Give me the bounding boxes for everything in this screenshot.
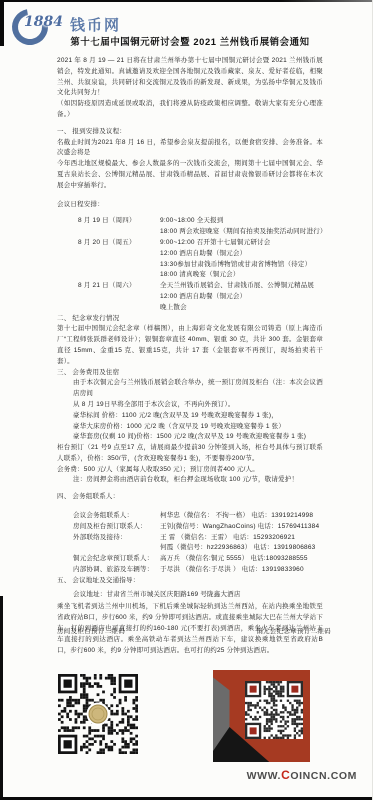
schedule-row: 8 月 19 日（周四） 9:00~18:00 全天报到 18:00 两会欢迎晚… — [57, 216, 323, 238]
section4-heading: 四、 会务组联系人： — [57, 492, 323, 503]
contact-role: 会议会务组联系人： — [57, 511, 160, 522]
schedule-date: 8 月 20 日（周五） — [57, 238, 160, 281]
contact-role: 外部联络及接待： — [57, 533, 160, 544]
contact-role: 房间及柜台预订联系人： — [57, 522, 160, 533]
schedule-item: 9:00~18:00 全天报到 — [160, 216, 323, 227]
medal-qr-pattern — [245, 681, 303, 739]
contact-info: 王钊(微信号：WangZhaoCoins) 电话：15769411384 — [160, 522, 323, 533]
schedule-item: 18:00 两会欢迎晚宴（期间有拍卖及抽奖活动同时进行） — [160, 227, 323, 238]
notice-body: 第十七届中国铜元研讨会暨 2021 兰州钱币展销会通知 2021 年 8 月 1… — [57, 36, 323, 656]
intro-paragraph: 2021 年 8 月 19 — 21 日将在甘肃兰州举办第十七届中国铜元研讨会暨… — [57, 56, 323, 99]
schedule-heading: 会议日程安排： — [57, 200, 323, 211]
schedule-item: 13:30参加甘肃钱币博物馆或甘肃省博物馆（待定） — [160, 260, 323, 271]
contact-info: 柯华忠（微信名： 不拘一格） 电话：13919214998 — [160, 511, 323, 522]
contact-row: 内部协调、旅游及车辆等： 于尽洪 （微信名:于尽洪 ） 电话：139198339… — [57, 565, 323, 576]
contact-info: 王 雷 （微信名：王雷） 电话：15293206921 — [160, 533, 323, 544]
section2-body: 第十七届中国铜元会纪念章（样稿图），由上海彩奇文化发展有限公司铸造（原上海造币厂… — [57, 324, 323, 367]
contact-role: 铜元会纪念章预订联系人： — [57, 554, 160, 565]
contact-info: 何霞（微信号：hz22936863） 电话：13919806863 — [160, 543, 323, 554]
section1-body1: 名截止时间为2021 年8 月 16 日，希望参会泉友提前报名，以便食宿安排、会… — [57, 138, 323, 160]
deposit-note: 注：房间押金将由酒店前台收取，柜台押金现场收取 100 元/节，敬请爱护！ — [73, 475, 323, 486]
logo-site-name: 钱币网 — [70, 14, 121, 35]
notice-title: 第十七届中国铜元研讨会暨 2021 兰州钱币展销会通知 — [57, 36, 323, 48]
url-prefix: WWW. — [247, 770, 281, 782]
section3-heading: 三、 会务费用及住宿 — [57, 368, 323, 379]
schedule-items: 9:00~18:00 全天报到 18:00 两会欢迎晚宴（期间有拍卖及抽奖活动同… — [160, 216, 323, 238]
conference-fee: 会务费：500 元/人（家属每人收取350 元）；预订房间者400 元/人。 — [57, 465, 323, 476]
schedule-table: 8 月 19 日（周四） 9:00~18:00 全天报到 18:00 两会欢迎晚… — [57, 216, 323, 313]
schedule-items: 9:00~12:00 召开第十七届铜元研讨会 12:00 酒店自助餐（铜元会） … — [160, 238, 323, 281]
qr-labels-row: 房间及柜台预订二维码 铜元会纪念章预订二维码 — [57, 626, 331, 635]
room-booking-qr-code — [58, 674, 138, 754]
intro-disclaimer: （如因防疫原因造成延误或取消，我们将遵从防疫政策相应调整。敬请大家有充分心理准备… — [57, 99, 323, 121]
schedule-date: 8 月 21 日（周六） — [57, 281, 160, 313]
conference-notice-page: 1884 钱币网 第十七届中国铜元研讨会暨 2021 兰州钱币展销会通知 202… — [0, 0, 373, 800]
venue-address: 会议地址：甘肃省兰州市城关区庆阳路169 号陇鑫大酒店 — [73, 590, 323, 601]
contact-info: 高万兵 （微信名:铜元 5555） 电话:18093288555 — [160, 554, 323, 565]
section1-heading: 一、 报到安排及议程： — [57, 127, 323, 138]
contact-role — [57, 543, 160, 554]
website-url: WWW.COINCN.COM — [247, 768, 357, 782]
photo-edge-artifact-top — [0, 0, 373, 2]
section3-line: 从 8 月 19日早将全部用于本次会议，不再向外预订）。 — [73, 400, 323, 411]
logo-number: 1884 — [24, 14, 63, 30]
schedule-item: 全天兰州钱币展销会、甘肃钱币展、公博铜元精品展 — [160, 281, 323, 292]
contact-row: 铜元会纪念章预订联系人： 高万兵 （微信名:铜元 5555） 电话:180932… — [57, 554, 323, 565]
photo-edge-artifact-left-bottom — [0, 596, 3, 800]
contact-info: 于尽洪 （微信名:于尽洪 ） 电话：13919833960 — [160, 565, 323, 576]
room-qr-label: 房间及柜台预订二维码 — [57, 626, 125, 635]
contact-list: 会议会务组联系人： 柯华忠（微信名： 不拘一格） 电话：13919214998 … — [57, 511, 323, 576]
url-rest: OINCN.COM — [290, 770, 357, 782]
section3-line: 由于本次铜元会与兰州钱币展销会联合举办，统一预订房间及柜台（注：本次会议酒店房间 — [73, 378, 323, 400]
section5-heading: 五、 会议地址及交通指导： — [57, 576, 323, 587]
schedule-item: 12:00 酒店自助餐（铜元会） — [160, 292, 323, 303]
schedule-row: 8 月 21 日（周六） 全天兰州钱币展销会、甘肃钱币展、公博铜元精品展 12:… — [57, 281, 323, 313]
contact-row: 外部联络及接待： 王 雷 （微信名：王雷） 电话：15293206921 — [57, 533, 323, 544]
counter-booking-info: 柜台预订（21 号9 点至17 点，请展商最少提前30 分钟签到入场，柜台号具体… — [57, 443, 323, 465]
schedule-item: 9:00~12:00 召开第十七届铜元研讨会 — [160, 238, 323, 249]
contact-row: 何霞（微信号：hz22936863） 电话：13919806863 — [57, 543, 323, 554]
photo-edge-artifact-left-top — [0, 0, 4, 46]
section2-heading: 二、 纪念章发行情况 — [57, 314, 323, 325]
room-price-suite: 豪华套房(仅剩 10 间)价格：1500 元/2 晚(含双早及 19 号晚欢迎晚… — [73, 432, 323, 443]
contact-role: 内部协调、旅游及车辆等： — [57, 565, 160, 576]
schedule-item: 12:00 酒店自助餐（铜元会） — [160, 249, 323, 260]
medal-booking-qr-code — [213, 670, 310, 762]
contact-row: 会议会务组联系人： 柯华忠（微信名： 不拘一格） 电话：13919214998 — [57, 511, 323, 522]
room-price-standard: 豪华标间 价格：1100 元/2 晚(含双早及 19 号晚欢迎晚宴餐券 1 张)… — [73, 411, 323, 422]
schedule-item: 18:00 清真晚宴（铜元会） — [160, 270, 323, 281]
schedule-row: 8 月 20 日（周五） 9:00~12:00 召开第十七届铜元研讨会 12:0… — [57, 238, 323, 281]
section1-body2: 今年西北地区规模最大、参会人数最多的一次钱币交流会，期间第十七届中国铜元会、华夏… — [57, 159, 323, 191]
schedule-items: 全天兰州钱币展销会、甘肃钱币展、公博铜元精品展 12:00 酒店自助餐（铜元会）… — [160, 281, 323, 313]
url-logo-c: C — [281, 768, 290, 782]
medal-qr-label: 铜元会纪念章预订二维码 — [256, 626, 331, 635]
schedule-item: 晚上散会 — [160, 303, 323, 314]
room-price-king: 豪华大床房价格：1000 元/2 晚（含双早及 19 号晚欢迎晚宴餐券 1 张） — [73, 422, 323, 433]
contact-row: 房间及柜台预订联系人： 王钊(微信号：WangZhaoCoins) 电话：157… — [57, 522, 323, 533]
schedule-date: 8 月 19 日（周四） — [57, 216, 160, 238]
